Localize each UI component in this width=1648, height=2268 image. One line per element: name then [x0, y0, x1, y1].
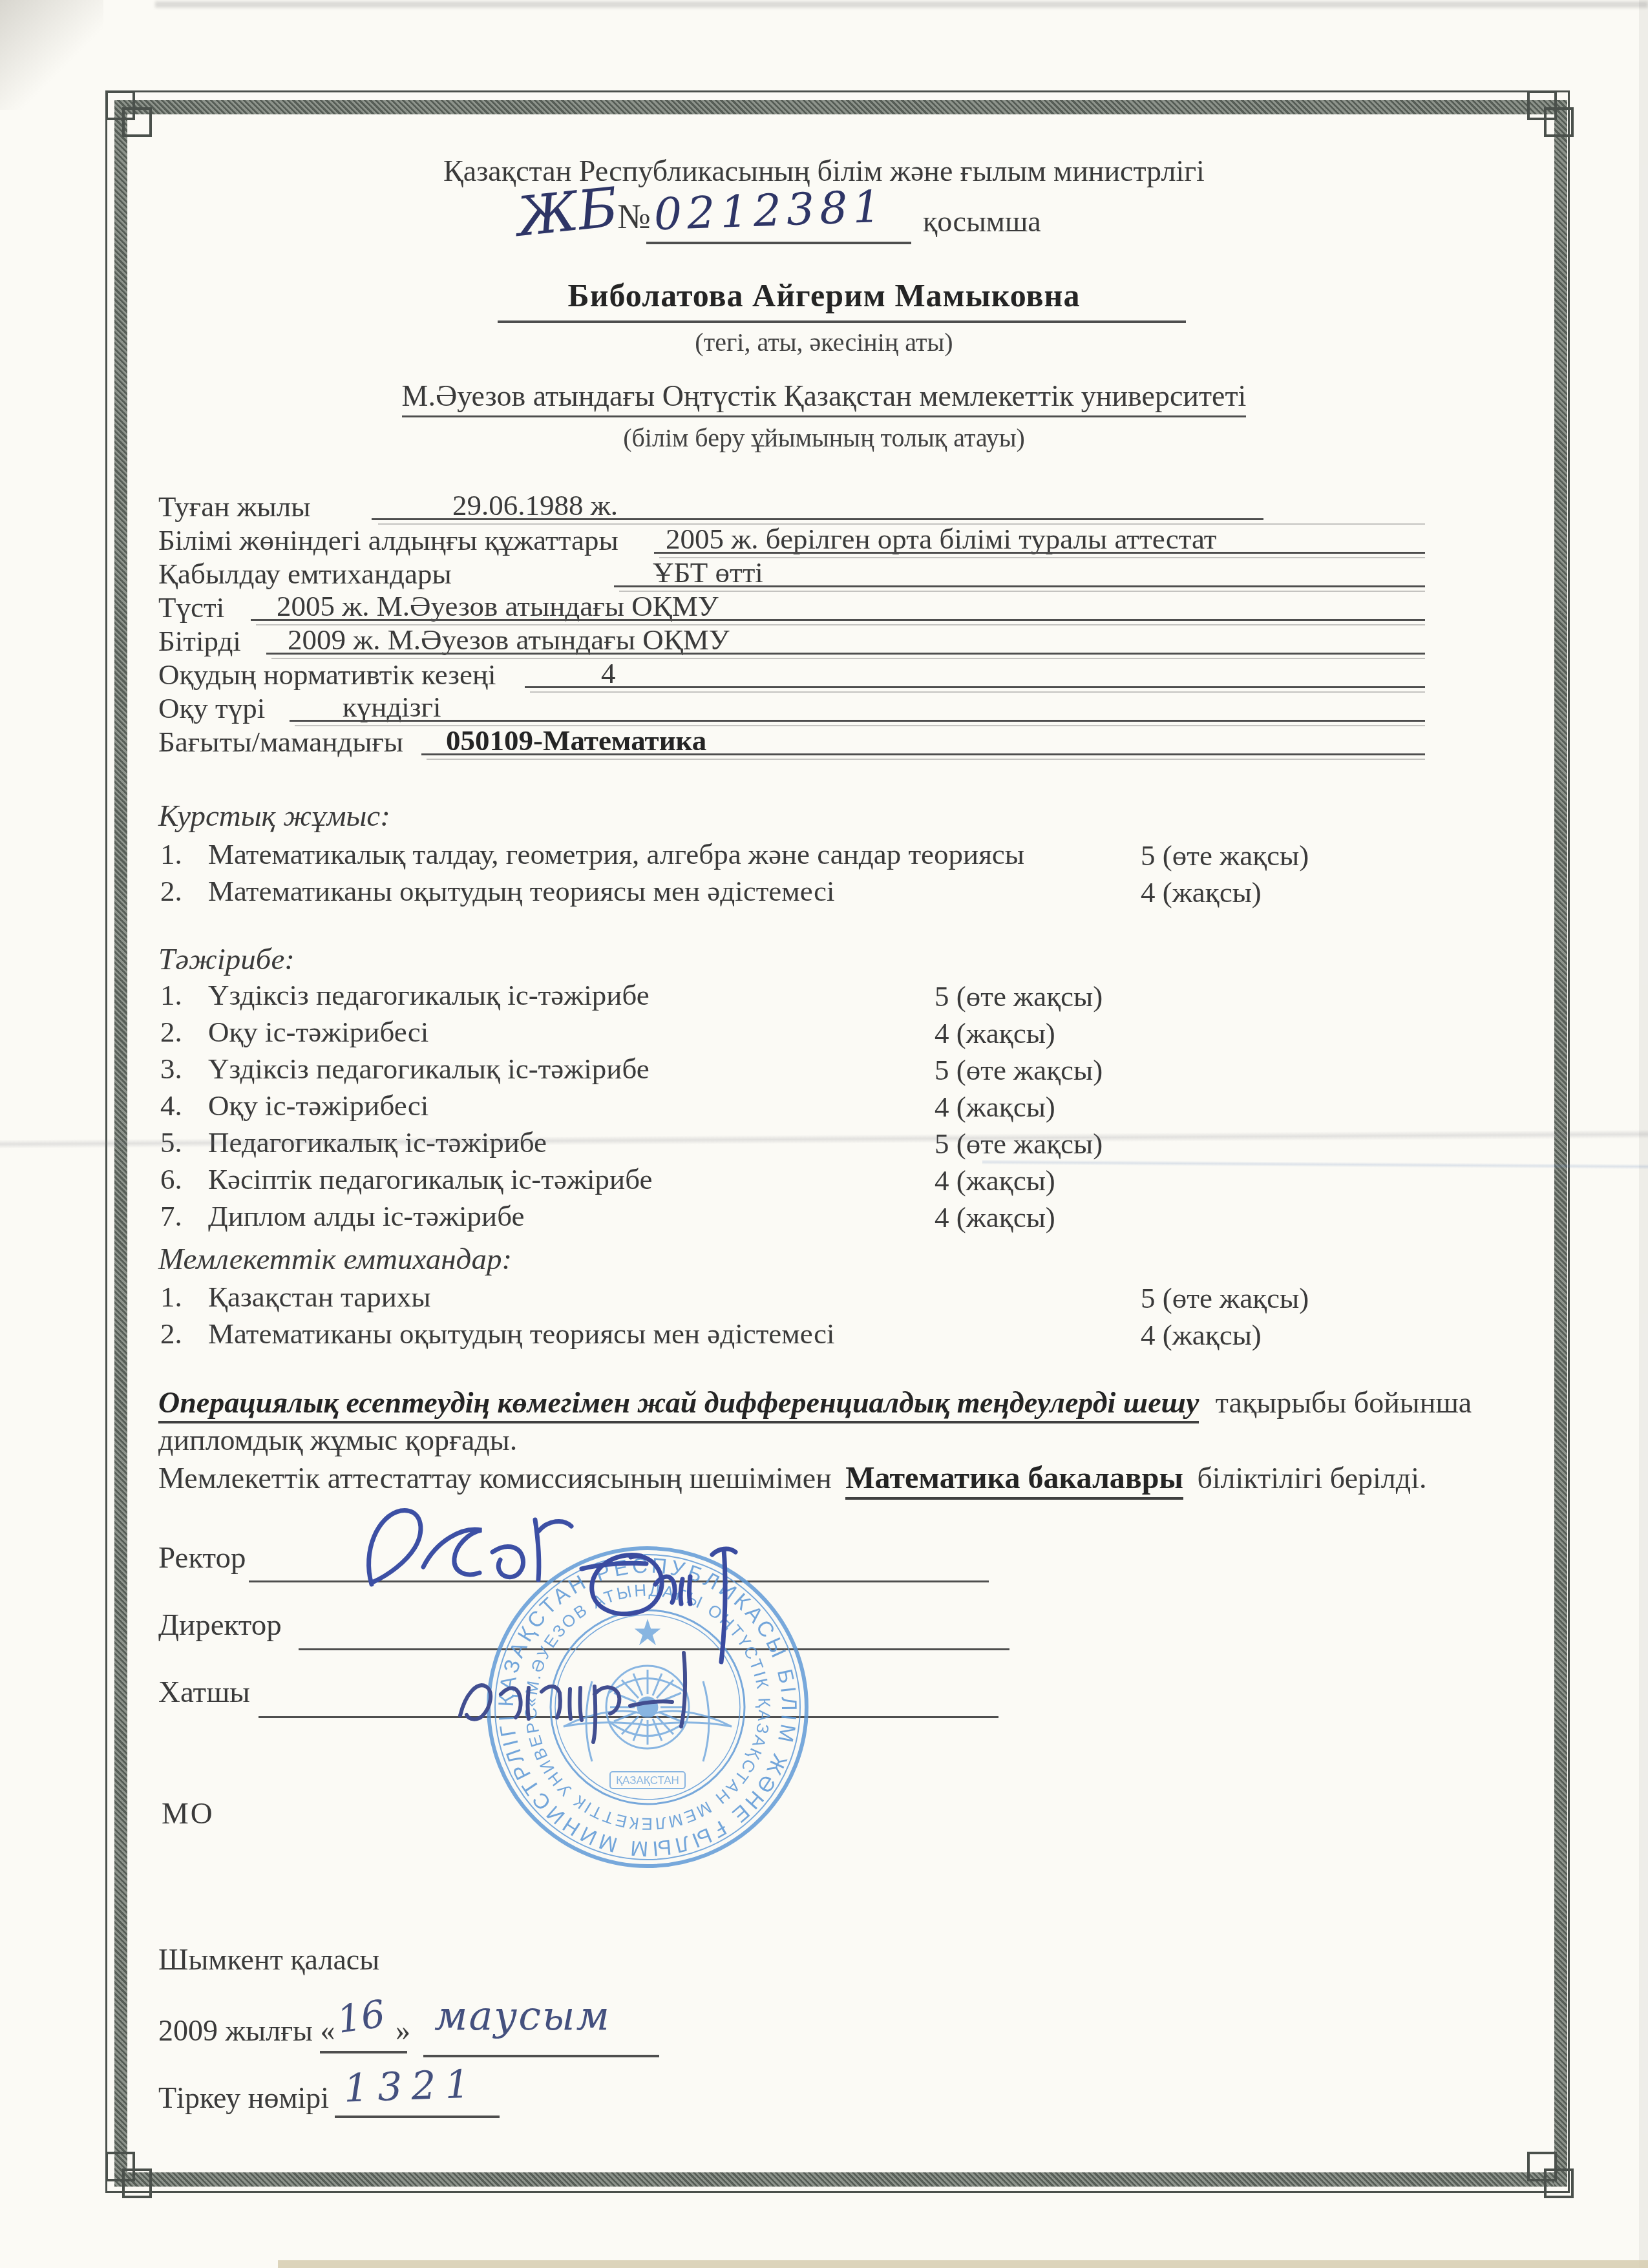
rector-label: Ректор	[158, 1542, 246, 1575]
coursework-heading: Курстық жұмыс:	[158, 800, 390, 834]
list-number: 2.	[160, 876, 182, 908]
coursework-item-title: Математиканы оқытудың теориясы мен әдіст…	[208, 876, 834, 908]
state-exam-title: Математиканы оқытудың теориясы мен әдіст…	[208, 1318, 834, 1350]
practice-item-grade: 4 (жақсы)	[935, 1164, 1055, 1197]
field-label-study-period: Оқудың нормативтік кезеңі	[158, 659, 496, 691]
diploma-supplement-scan: Қазақстан Республикасының білім және ғыл…	[0, 0, 1648, 2268]
field-rule	[290, 720, 1425, 722]
list-number: 1.	[160, 1281, 182, 1314]
field-rule-ghost	[530, 691, 1425, 693]
field-value-graduated: 2009 ж. М.Әуезов атындағы ОҚМУ	[288, 624, 730, 656]
field-value-prev-education: 2005 ж. берілген орта білімі туралы атте…	[666, 523, 1216, 556]
thesis-title: Операциялық есептеудің көмегімен жай диф…	[158, 1386, 1199, 1423]
list-number: 6.	[160, 1164, 182, 1196]
state-exam-grade: 4 (жақсы)	[1141, 1318, 1262, 1352]
field-rule	[525, 686, 1425, 688]
list-number: 4.	[160, 1090, 182, 1122]
practice-item-title: Оқу іс-тәжірибесі	[208, 1016, 428, 1049]
date-day-underline	[320, 2051, 407, 2053]
list-number: 7.	[160, 1201, 182, 1233]
list-number: 2.	[160, 1016, 182, 1049]
qualification-before: Мемлекеттік аттестаттау комиссиясының ше…	[158, 1462, 832, 1495]
paper-corner-fold	[0, 0, 103, 110]
field-label-graduated: Бітірді	[158, 625, 241, 658]
field-rule	[421, 753, 1425, 755]
director-label: Директор	[158, 1609, 282, 1643]
state-exams-heading: Мемлекеттік емтихандар:	[158, 1243, 512, 1277]
practice-item-title: Кәсіптік педагогикалық іс-тәжірибе	[208, 1164, 652, 1196]
number-underline	[646, 242, 911, 244]
field-label-speciality: Бағыты/мамандығы	[158, 726, 403, 759]
list-number: 3.	[160, 1053, 182, 1086]
frame-band-bottom	[114, 2172, 1567, 2187]
supplement-label: қосымша	[923, 205, 1041, 238]
practice-heading: Тәжірибе:	[158, 943, 295, 977]
list-number: 2.	[160, 1318, 182, 1350]
practice-item-grade: 4 (жақсы)	[935, 1090, 1055, 1124]
signatures-overlay	[323, 1493, 776, 1751]
state-exam-title: Қазақстан тарихы	[208, 1281, 431, 1314]
practice-item-grade: 5 (өте жақсы)	[935, 1127, 1103, 1160]
field-rule	[372, 518, 1263, 520]
field-value-study-period: 4	[601, 658, 616, 690]
field-value-enrolled: 2005 ж. М.Әуезов атындағы ОҚМУ	[277, 591, 719, 623]
date-close-quote: »	[396, 2015, 410, 2048]
corner-square	[1544, 107, 1574, 137]
holder-name-underline	[498, 320, 1186, 323]
practice-item-grade: 4 (жақсы)	[935, 1201, 1055, 1234]
university-name: М.Әуезов атындағы Оңтүстік Қазақстан мем…	[402, 379, 1247, 417]
qualification-after: біліктілігі берілді.	[1197, 1462, 1426, 1495]
thesis-after-title: тақырыбы бойынша	[1216, 1386, 1472, 1419]
field-value-entrance-exams: ҰБТ өтті	[653, 557, 763, 589]
field-rule	[266, 653, 1425, 655]
registration-number-underline	[335, 2116, 500, 2118]
field-rule-ghost	[659, 557, 1425, 558]
series-handwritten: ЖБ	[514, 177, 621, 247]
practice-item-grade: 5 (өте жақсы)	[935, 980, 1103, 1013]
list-number: 1.	[160, 980, 182, 1012]
practice-item-grade: 5 (өте жақсы)	[935, 1053, 1103, 1087]
secretary-label: Хатшы	[158, 1676, 250, 1710]
coursework-item-grade: 5 (өте жақсы)	[1141, 839, 1309, 872]
secretary-signature	[460, 1653, 685, 1742]
field-value-study-form: күндізгі	[343, 691, 441, 724]
field-rule	[654, 552, 1425, 554]
field-rule-ghost	[427, 759, 1425, 760]
frame-band-top	[114, 100, 1567, 114]
qualification-name: Математика бакалавры	[845, 1461, 1183, 1500]
registration-label: Тіркеу нөмірі	[158, 2082, 329, 2115]
frame-corner-ornament	[1527, 2152, 1575, 2200]
frame-corner-ornament	[1527, 90, 1575, 138]
frame-corner-ornament	[105, 2152, 153, 2200]
field-rule	[251, 619, 1425, 621]
scan-edge-strip-bottom	[278, 2260, 1648, 2268]
list-number: 1.	[160, 839, 182, 871]
corner-square	[1544, 2168, 1574, 2198]
field-label-birth: Туған жылы	[158, 491, 311, 523]
practice-item-title: Үздіксіз педагогикалық іс-тәжірибе	[208, 980, 650, 1012]
corner-square	[122, 107, 152, 137]
holder-name-caption: (тегі, аты, әкесінің аты)	[0, 328, 1648, 357]
ministry-title: Қазақстан Республикасының білім және ғыл…	[0, 155, 1648, 188]
university-caption: (білім беру ұйымының толық атауы)	[0, 424, 1648, 452]
frame-band-right	[1554, 100, 1567, 2187]
holder-name: Биболатова Айгерим Мамыковна	[0, 278, 1648, 313]
registration-number-handwritten: 1321	[343, 2063, 480, 2110]
field-label-entrance-exams: Қабылдау емтихандары	[158, 558, 452, 591]
state-exam-grade: 5 (өте жақсы)	[1141, 1281, 1309, 1315]
number-sign: №	[617, 198, 651, 236]
field-label-enrolled: Түсті	[158, 592, 224, 624]
scan-edge-shadow-top	[155, 1, 1648, 8]
date-month-underline	[423, 2055, 659, 2057]
field-label-study-form: Оқу түрі	[158, 693, 265, 725]
seal-banner-text: ҚАЗАҚСТАН	[616, 1774, 679, 1787]
practice-item-title: Диплом алды іс-тәжірибе	[208, 1201, 524, 1233]
field-rule-ghost	[619, 591, 1425, 592]
practice-item-grade: 4 (жақсы)	[935, 1016, 1055, 1050]
document-number-handwritten: 0212381	[653, 184, 887, 240]
rector-signature	[369, 1510, 646, 1584]
date-prefix: 2009 жылғы «	[158, 2015, 335, 2048]
thesis-line2: дипломдық жұмыс қорғады.	[158, 1424, 517, 1457]
date-day-handwritten: 16	[335, 1993, 388, 2041]
corner-square	[122, 2168, 152, 2198]
practice-item-title: Үздіксіз педагогикалық іс-тәжірибе	[208, 1053, 650, 1086]
practice-item-title: Оқу іс-тәжірибесі	[208, 1090, 428, 1122]
field-label-prev-education: Білімі жөніндегі алдыңғы құжаттары	[158, 525, 618, 557]
field-rule	[614, 585, 1425, 587]
city-line: Шымкент қаласы	[158, 1944, 379, 1977]
field-value-speciality: 050109-Математика	[446, 725, 706, 757]
seal-place-mark: МО	[162, 1798, 215, 1831]
frame-corner-ornament	[105, 90, 153, 138]
coursework-item-title: Математикалық талдау, геометрия, алгебра…	[208, 839, 1024, 871]
coursework-item-grade: 4 (жақсы)	[1141, 876, 1262, 909]
field-value-birth: 29.06.1988 ж.	[452, 490, 618, 522]
date-month-handwritten: маусым	[434, 1994, 611, 2038]
